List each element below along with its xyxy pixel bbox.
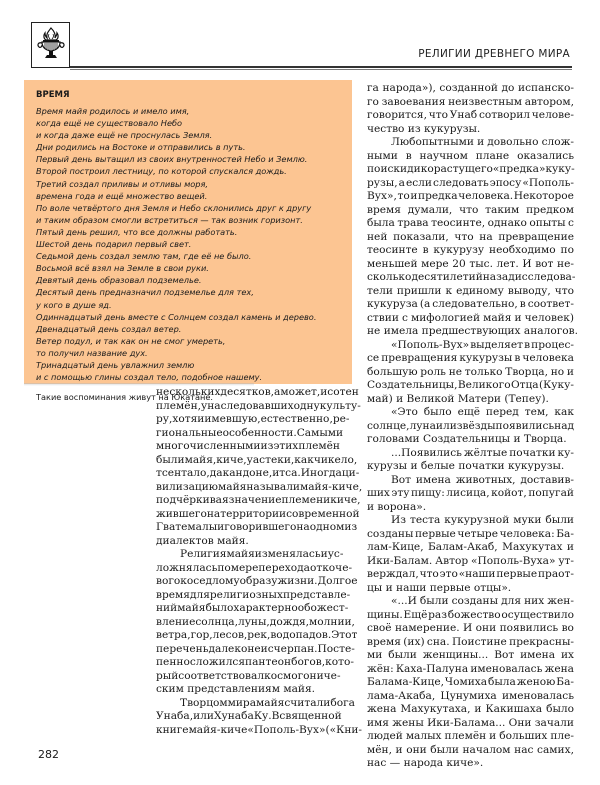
word: Махукутах <box>502 541 562 555</box>
word: а <box>399 177 405 191</box>
word: и <box>396 744 403 758</box>
word: то <box>397 190 409 204</box>
word: священной <box>279 710 341 724</box>
word: тели <box>367 285 393 299</box>
word: Великого <box>458 379 511 393</box>
word: сколько <box>367 271 411 285</box>
word: женою <box>517 676 556 690</box>
word: «наши <box>459 568 496 582</box>
poem-line: и когда даже ещё не проснулась Земля. <box>36 129 340 141</box>
word: что <box>429 109 448 123</box>
word: теста <box>410 514 440 528</box>
word: было <box>424 406 452 420</box>
word: вление <box>156 616 195 630</box>
word: автором, <box>525 96 574 110</box>
word: ми <box>367 649 382 663</box>
word: как <box>554 406 574 420</box>
text-line: рыйсоответствовалкосмогониче- <box>156 670 340 684</box>
word: Ба- <box>556 676 574 690</box>
word: десятилетий <box>411 271 482 285</box>
word: богов, <box>291 656 325 670</box>
word: этих <box>273 440 298 454</box>
text-line: май) и Великой Матери (Тепеу). <box>367 393 574 407</box>
text-line: ганарода»),созданнойдоиспанско- <box>367 82 574 96</box>
word: ших <box>367 487 390 501</box>
word: ветра, <box>156 629 191 643</box>
text-line: нымивнаучномпланеоказались <box>367 150 574 164</box>
word: опыты <box>529 217 565 231</box>
word: тем, <box>525 406 549 420</box>
text-line: вилизациюмайяназывалимайя-киче, <box>156 481 340 495</box>
text-line: переченьдалеконеисчерпан.Посте- <box>156 643 340 657</box>
word: луна <box>410 420 436 434</box>
word: время <box>367 636 401 650</box>
word: предка <box>418 190 458 204</box>
poem-line: Тринадцатый день увлажнил землю <box>36 359 340 371</box>
text-line: солнце,лунаилизвёздыпоявилисьнад <box>367 420 574 434</box>
word: го <box>367 96 379 110</box>
word: дождя, <box>270 616 309 630</box>
poem-line: Восьмой всё взял на Земле в свои руки. <box>36 262 340 274</box>
word: имя <box>367 717 389 731</box>
word: было <box>546 703 574 717</box>
word: ус- <box>328 548 344 562</box>
sidebar-box-time: ВРЕМЯ Время майя родилось и имело имя,ко… <box>24 80 352 384</box>
text-line: времядумали,чтотакимпредком <box>367 204 574 218</box>
text-line: былимайя,киче,уастеки,какчикело, <box>156 454 340 468</box>
word: кукуруза <box>367 298 418 312</box>
text-line: верждал,чтоэто«нашипервыепраот- <box>367 568 574 582</box>
word: (их) <box>403 636 424 650</box>
word: людей <box>367 730 403 744</box>
word: началом <box>463 744 511 758</box>
word: Каха-Палуна <box>396 663 468 677</box>
word: только <box>465 366 503 380</box>
word: коче- <box>322 562 352 576</box>
word: оседлому <box>187 575 240 589</box>
word: следовательно, <box>432 298 518 312</box>
word: Некоторое <box>514 190 574 204</box>
word: Самыми <box>297 427 343 441</box>
word: челове- <box>532 109 574 123</box>
word: сна. <box>427 636 450 650</box>
word: итса. <box>272 467 301 481</box>
word: Творцом <box>180 697 228 711</box>
word: в <box>423 244 429 258</box>
word: процес- <box>531 339 574 353</box>
word: подчёркивая <box>156 494 229 508</box>
sidebar-poem: Время майя родилось и имело имя,когда ещ… <box>36 105 340 383</box>
word: кукурузу <box>433 244 484 258</box>
word: Хунаба <box>214 710 254 724</box>
text-line: говорится,чтоУнабсотворилчелове- <box>367 109 574 123</box>
word: га <box>367 82 379 96</box>
word: ци- <box>342 467 359 481</box>
word: в <box>524 339 530 353</box>
text-line: курузы и белые початки кукурузы. <box>367 460 574 474</box>
text-line: Вух»,тоипредкачеловека.Некоторое <box>367 190 574 204</box>
text-line: гозавоеваниянеизвестнымавтором, <box>367 96 574 110</box>
word: хотя <box>172 413 197 427</box>
word: ней <box>367 231 387 245</box>
word: Посте- <box>318 643 355 657</box>
text-line: племён,унаследовавшиходнукульту- <box>156 400 340 414</box>
word: однако <box>488 217 527 231</box>
word: куку- <box>545 163 574 177</box>
word: из <box>344 521 357 535</box>
word: солнце, <box>367 420 410 434</box>
word: майя <box>177 602 205 616</box>
word: превращения <box>381 352 457 366</box>
text-line: «Этобылоещёпередтем,как <box>367 406 574 420</box>
word: над <box>554 420 574 434</box>
text-line: Творцоммирамайясчиталибога <box>156 697 340 711</box>
text-line: телипришликединомувыводу,что <box>367 285 574 299</box>
word: Из <box>391 514 406 528</box>
text-line: нейпоказали,чтонапревращение <box>367 231 574 245</box>
word: праот- <box>538 568 574 582</box>
word: Ещё <box>404 609 428 623</box>
word: теосинте <box>367 244 418 258</box>
word: выводу, <box>508 285 551 299</box>
word: (Куку- <box>539 379 574 393</box>
word: или <box>436 420 457 434</box>
word: испанско- <box>518 82 574 96</box>
word: гор, <box>191 629 213 643</box>
word: муки <box>513 514 541 528</box>
poem-line: Пятый день решил, что все должны работат… <box>36 226 340 238</box>
word: ложнялась <box>156 562 217 576</box>
text-line: теосинтевкукурузунеобходимопо <box>367 244 574 258</box>
text-line: чество из кукурузы. <box>367 123 574 137</box>
word: говорившего <box>224 521 296 535</box>
text-line: тсентало,дакандоне,итса.Иногдаци- <box>156 467 340 481</box>
text-line: рузы,аеслиследоватьэпосу«Пополь- <box>367 177 574 191</box>
word: имевшую, <box>204 413 260 427</box>
text-line: сколькодесятилетийназадисследова- <box>367 271 574 285</box>
word: но <box>551 366 564 380</box>
word: Гватемалы <box>156 521 217 535</box>
word: божество <box>448 609 501 623</box>
word: что <box>555 285 574 299</box>
word: одну <box>294 400 320 414</box>
word: солнца, <box>195 616 238 630</box>
word: сложился <box>190 656 245 670</box>
text-column-right: ганарода»),созданнойдоиспанско-гозавоева… <box>367 82 574 771</box>
text-line: щины.Ещёразбожествоосуществило <box>367 609 574 623</box>
word: звёзды <box>457 420 496 434</box>
word: далеко <box>208 643 247 657</box>
word: лесов, <box>213 629 248 643</box>
text-line: ложняласьпомерепереходаоткоче- <box>156 562 340 576</box>
poem-line: Второй построил лестницу, по которой спу… <box>36 165 340 177</box>
word: не <box>449 366 462 380</box>
word: койот, <box>491 487 527 501</box>
word: жёлтые <box>464 447 507 461</box>
word: какчикело, <box>294 454 357 468</box>
text-line: книгемайя-киче«Пополь-Вух»(«Кни- <box>156 724 340 738</box>
word: Любопытными <box>391 136 474 150</box>
word: были <box>388 649 417 663</box>
word: жена <box>545 663 574 677</box>
word: рек, <box>247 629 270 643</box>
word: Вух», <box>367 190 397 204</box>
word: гиональные <box>156 427 223 441</box>
word: или <box>193 710 214 724</box>
poem-line: то получил название дух. <box>36 347 340 359</box>
text-line: большуюрольнетолькоТворца,нои <box>367 366 574 380</box>
chapter-logo <box>31 22 70 68</box>
word: созданы <box>452 595 498 609</box>
word: именовалась <box>502 690 574 704</box>
word: единому <box>456 285 504 299</box>
word: лам-Кице, <box>367 541 424 555</box>
word: жена <box>367 703 396 717</box>
poem-line: Двенадцатый день создал ветер. <box>36 323 340 335</box>
text-line: головами Создательницы и Творца. <box>367 433 574 447</box>
word: нескольких <box>156 386 220 400</box>
word: малых <box>406 730 442 744</box>
word: осуществило <box>501 609 574 623</box>
word: «Это <box>391 406 418 420</box>
word: с <box>402 312 408 326</box>
word: слож- <box>542 136 574 150</box>
word: эту <box>391 487 409 501</box>
word: было <box>206 602 234 616</box>
text-line: Гватемалыиговорившегонаодномиз <box>156 521 340 535</box>
word: и <box>474 703 481 717</box>
word: человека <box>522 352 574 366</box>
word: ещё <box>458 406 480 420</box>
word: се <box>367 352 379 366</box>
word: унаследовавших <box>201 400 294 414</box>
word: Чомиха <box>445 676 487 690</box>
word: них <box>524 595 544 609</box>
word: ут- <box>558 555 574 569</box>
word: человека. <box>458 190 513 204</box>
word: «...И <box>391 595 417 609</box>
poem-line: когда ещё не существовало Небо <box>36 117 340 129</box>
word: Поистине <box>452 636 507 650</box>
text-line: ...Появилисьжёлтыепочаткику- <box>367 447 574 461</box>
word: и <box>567 366 574 380</box>
word: мере <box>231 562 259 576</box>
word: пришли <box>397 285 442 299</box>
word: Ики-Балам. <box>367 555 432 569</box>
word: киче, <box>216 454 246 468</box>
sidebar-title: ВРЕМЯ <box>36 90 340 100</box>
word: Махукутаха, <box>400 703 470 717</box>
poem-line: времена года и ещё множество вещей. <box>36 190 340 202</box>
word: это <box>440 568 458 582</box>
word: киче, <box>330 494 360 508</box>
word: пищу: <box>411 487 445 501</box>
text-line: Унаба,илиХунабаКу.Всвященной <box>156 710 340 724</box>
word: водопадов. <box>270 629 331 643</box>
word: нас <box>514 744 533 758</box>
text-line: кукуруза(аследовательно,всоответ- <box>367 298 574 312</box>
word: самих, <box>537 744 574 758</box>
text-line: жён:Каха-Палунаименоваласьжена <box>367 663 574 677</box>
text-line: «Пополь-Вух»выделяетвпроцес- <box>367 339 574 353</box>
word: по <box>561 244 574 258</box>
poem-line: и таким образом смогли встретиться — так… <box>36 214 340 226</box>
text-line: ским представлениям майя. <box>156 683 340 697</box>
word: не <box>247 643 260 657</box>
word: мере <box>421 258 449 272</box>
word: Творца, <box>505 366 548 380</box>
word: своё <box>367 622 392 636</box>
word: пле- <box>550 730 574 744</box>
word: во <box>562 622 574 636</box>
word: довольно <box>487 136 538 150</box>
word: тыс. <box>469 258 493 272</box>
word: если <box>406 177 432 191</box>
word: И <box>522 258 531 272</box>
word: и <box>320 386 327 400</box>
word: «Пополь- <box>522 177 574 191</box>
text-line: и ворона». <box>367 501 574 515</box>
word: и <box>321 548 328 562</box>
poem-line: Шестой день подарил первый свет. <box>36 238 340 250</box>
text-line: времядлярелигиозныхпредставле- <box>156 589 340 603</box>
text-line: Вотименаживотных,доставив- <box>367 474 574 488</box>
word: жен- <box>547 595 574 609</box>
text-line: Балама-Кице,ЧомихабылаженоюБа- <box>367 676 574 690</box>
word: имена <box>520 649 555 663</box>
word: лет. <box>497 258 519 272</box>
word: Отца <box>511 379 539 393</box>
word: большую <box>367 366 418 380</box>
word: называли <box>246 481 300 495</box>
word: кукурузы <box>459 352 512 366</box>
text-line: несколькихдесятков,аможет,исотен <box>156 386 340 400</box>
text-line: диалектов майя. <box>156 535 340 549</box>
word: мён, <box>367 744 392 758</box>
word: майя <box>218 481 246 495</box>
word: «Пополь-Вух» <box>391 339 469 353</box>
word: человека: <box>500 528 555 542</box>
word: их <box>561 649 574 663</box>
word: сотворил <box>479 109 530 123</box>
word: щины. <box>367 609 403 623</box>
text-line: Ики-Балам.Автор«Пополь-Вуха»ут- <box>367 555 574 569</box>
word: была <box>488 676 516 690</box>
word: может, <box>280 386 320 400</box>
text-line: своёнамерение.Ионипоявилисьво <box>367 622 574 636</box>
word: человек) <box>525 312 574 326</box>
word: раз <box>428 609 447 623</box>
word: И <box>463 622 472 636</box>
word: имена <box>416 474 451 488</box>
text-line: не имела предшествующих аналогов. <box>367 325 574 339</box>
word: Они <box>509 717 532 731</box>
word: перед <box>486 406 519 420</box>
text-line: женаМахукутаха,иКакишахабыло <box>367 703 574 717</box>
word: считали <box>284 697 330 711</box>
word: майя-киче, <box>300 481 362 495</box>
word: думали, <box>408 204 452 218</box>
word: образу <box>240 575 278 589</box>
poem-line: Дни родились на Востоке и отправились в … <box>36 141 340 153</box>
word: неизвестным <box>448 96 522 110</box>
word: космогониче- <box>264 670 340 684</box>
word: они <box>476 622 497 636</box>
word: для <box>190 589 210 603</box>
word: сотен <box>327 386 359 400</box>
page-number: 282 <box>38 748 59 761</box>
word: Создательницы, <box>367 379 457 393</box>
word: была <box>367 217 395 231</box>
word: ...Появились <box>391 447 462 461</box>
word: ку- <box>558 447 574 461</box>
word: научном <box>420 150 468 164</box>
word: на <box>207 508 220 522</box>
word: меньшей <box>367 258 418 272</box>
word: следовать <box>433 177 489 191</box>
word: представле- <box>283 589 350 603</box>
word: жены <box>392 717 424 731</box>
word: Религия <box>180 548 226 562</box>
word: Балам-Акаб, <box>428 541 498 555</box>
text-line: «...Ибылисозданыдлянихжен- <box>367 595 574 609</box>
poem-line: Десятый день предназначил подземелье для… <box>36 286 340 298</box>
word: назад <box>483 271 515 285</box>
word: мира <box>228 697 256 711</box>
word: ний <box>156 602 177 616</box>
word: в <box>406 150 412 164</box>
word: ру, <box>156 413 172 427</box>
word: время <box>156 589 190 603</box>
word: луны, <box>238 616 270 630</box>
word: были <box>420 595 449 609</box>
word: особенности. <box>223 427 297 441</box>
word: перечень <box>156 643 208 657</box>
word: животных, <box>456 474 516 488</box>
word: намерение. <box>395 622 460 636</box>
word: (а <box>420 298 430 312</box>
word: к <box>180 575 187 589</box>
word: Унаб <box>450 109 477 123</box>
word: соответствовал <box>178 670 264 684</box>
word: Балама-Кице, <box>367 676 444 690</box>
word: завоевания <box>382 96 446 110</box>
text-line: меньшеймере20тыс.лет.Ивотне- <box>367 258 574 272</box>
word: плане <box>476 150 509 164</box>
word: Унаба, <box>156 710 193 724</box>
word: Какишаха <box>485 703 542 717</box>
word: В <box>272 710 280 724</box>
word: предком <box>526 204 574 218</box>
word: дакандоне, <box>210 467 272 481</box>
word: майя-киче <box>189 724 248 738</box>
word: соответ- <box>528 298 574 312</box>
word: лама-Акаба, <box>367 690 435 704</box>
text-line: нас — народа киче». <box>367 757 574 771</box>
header-rule <box>70 66 572 68</box>
word: территории <box>220 508 286 522</box>
text-line: поискидикорастущего«предка»куку- <box>367 163 574 177</box>
word: к <box>445 285 452 299</box>
word: и <box>489 730 496 744</box>
word: до <box>502 82 515 96</box>
word: молнии, <box>309 616 355 630</box>
word: бога <box>330 697 355 711</box>
text-line: ру,хотяиимевшую,естественно,ре- <box>156 413 340 427</box>
word: были <box>430 744 459 758</box>
word: теосинте, <box>431 217 485 231</box>
word: что <box>420 568 439 582</box>
